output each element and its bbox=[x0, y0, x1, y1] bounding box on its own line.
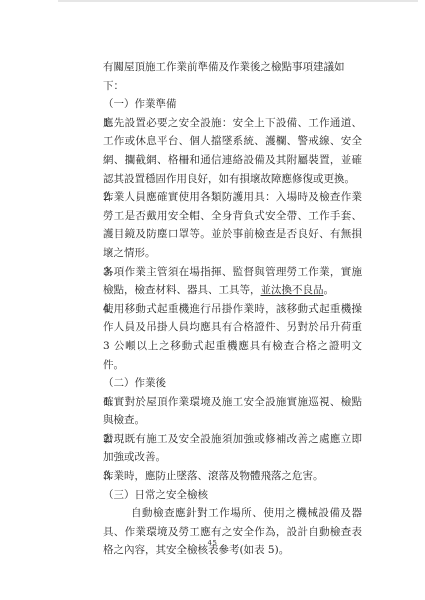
section-1-heading: （一）作業準備 bbox=[103, 95, 362, 114]
item-text: 發現既有施工及安全設施須加強或修補改善之處應立即加強或改善。 bbox=[103, 433, 362, 464]
section-2-heading: （二）作業後 bbox=[103, 374, 362, 393]
list-item: 2.作業人員應確實使用各類防護用具：入場時及檢查作業勞工是否戴用安全帽、全身背負… bbox=[103, 188, 362, 262]
list-item: 3.各項作業主管須在場指揮、監督與管理勞工作業，實施檢點，檢查材料、器具、工具等… bbox=[103, 263, 362, 300]
document-page: 有關屋頂施工作業前準備及作業後之檢點事項建議如下： （一）作業準備 1.應先設置… bbox=[0, 0, 425, 600]
item-number: 3. bbox=[103, 467, 113, 486]
item-text: 確實對於屋頂作業環境及施工安全設施實施巡視、檢點與檢查。 bbox=[103, 396, 362, 427]
section-3-paragraph: 自動檢查應針對工作場所、使用之機械設備及器具、作業環境及勞工應有之安全作為，設計… bbox=[103, 504, 362, 560]
document-body: 有關屋頂施工作業前準備及作業後之檢點事項建議如下： （一）作業準備 1.應先設置… bbox=[103, 58, 362, 560]
list-item: 1.確實對於屋頂作業環境及施工安全設施實施巡視、檢點與檢查。 bbox=[103, 393, 362, 430]
item-number: 2. bbox=[103, 430, 113, 449]
item-text: 應先設置必要之安全設施：安全上下設備、工作通道、工作或休息平台、個人擋墜系統、護… bbox=[103, 117, 362, 185]
item-number: 3. bbox=[103, 263, 113, 282]
list-item: 1.應先設置必要之安全設施：安全上下設備、工作通道、工作或休息平台、個人擋墜系統… bbox=[103, 114, 362, 188]
list-item: 2.發現既有施工及安全設施須加強或修補改善之處應立即加強或改善。 bbox=[103, 430, 362, 467]
item-text: 作業時，應防止墜落、滾落及物體飛落之危害。 bbox=[103, 470, 324, 482]
scan-edge-artifact bbox=[58, 0, 418, 2]
section-3-heading: （三）日常之安全檢核 bbox=[103, 486, 362, 505]
item-text-tail: 。 bbox=[324, 284, 335, 296]
item-text: 使用移動式起重機進行吊掛作業時，該移動式起重機操作人員及吊掛人員均應具有合格證件… bbox=[103, 303, 362, 371]
item-number: 2. bbox=[103, 188, 113, 207]
item-text: 作業人員應確實使用各類防護用具：入場時及檢查作業勞工是否戴用安全帽、全身背負式安… bbox=[103, 191, 362, 259]
item-number: 4. bbox=[103, 300, 113, 319]
list-item: 4.使用移動式起重機進行吊掛作業時，該移動式起重機操作人員及吊掛人員均應具有合格… bbox=[103, 300, 362, 374]
item-number: 1. bbox=[103, 393, 113, 412]
item-text-underlined: 並汰換不良品 bbox=[261, 284, 324, 296]
intro-line: 有關屋頂施工作業前準備及作業後之檢點事項建議如下： bbox=[103, 58, 362, 95]
page-number: 45 bbox=[0, 539, 425, 547]
item-number: 1. bbox=[103, 114, 113, 133]
list-item: 3.作業時，應防止墜落、滾落及物體飛落之危害。 bbox=[103, 467, 362, 486]
